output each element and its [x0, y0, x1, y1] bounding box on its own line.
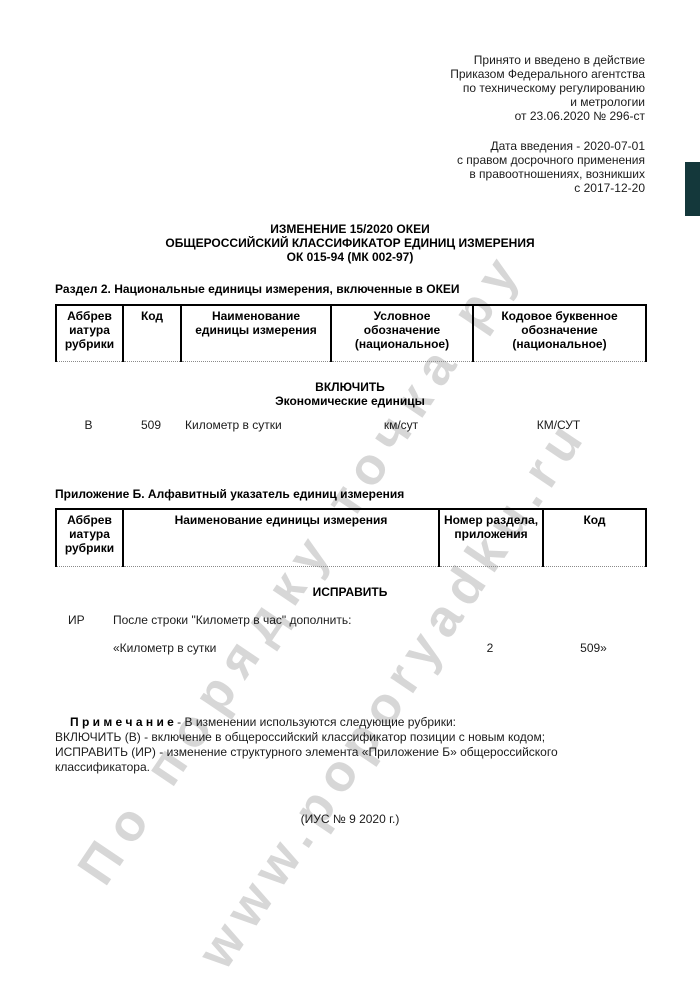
- note-first-line: П р и м е ч а н и е - В изменении исполь…: [55, 715, 645, 730]
- added-unit-section: 2: [438, 641, 542, 655]
- introduction-line-2: с правом досрочного применения: [55, 153, 645, 167]
- section-2-table: Аббрев иатура рубрики Код Наименование е…: [55, 304, 647, 362]
- col-header-unit-name: Наименование единицы измерения: [123, 509, 439, 567]
- row-code: 509: [122, 418, 180, 432]
- fix-instruction-row: ИРПосле строки "Километр в час" дополнит…: [55, 613, 645, 627]
- appendix-b-heading: Приложение Б. Алфавитный указатель едини…: [55, 487, 645, 501]
- group-label: Экономические единицы: [55, 394, 645, 408]
- document-content: Принято и введено в действие Приказом Фе…: [0, 53, 700, 826]
- fix-instruction: После строки "Километр в час" дополнить:: [113, 613, 351, 627]
- introduction-line-3: в правоотношениях, возникших: [55, 167, 645, 181]
- col-header-letter-code: Кодовое буквенное обозначение (националь…: [473, 305, 646, 361]
- col-header-code: Код: [543, 509, 646, 567]
- note-label: П р и м е ч а н и е: [70, 715, 174, 729]
- adoption-line-4: и метрологии: [55, 95, 645, 109]
- document-page: По порядку точка ру www.poporyadku.ru Пр…: [0, 0, 700, 990]
- added-unit-code: 509»: [542, 641, 645, 655]
- paragraph-gap: [55, 123, 645, 139]
- section-2-heading: Раздел 2. Национальные единицы измерения…: [55, 282, 645, 296]
- note-line-fix: ИСПРАВИТЬ (ИР) - изменение структурного …: [55, 745, 645, 760]
- note-block: П р и м е ч а н и е - В изменении исполь…: [55, 715, 645, 775]
- source-reference: (ИУС № 9 2020 г.): [55, 812, 645, 826]
- title-line-2: ОБЩЕРОССИЙСКИЙ КЛАССИФИКАТОР ЕДИНИЦ ИЗМЕ…: [55, 236, 645, 250]
- appendix-b-table-header-row: Аббрев иатура рубрики Наименование едини…: [56, 509, 646, 567]
- row-unit-name: Километр в сутки: [180, 418, 330, 432]
- adoption-line-2: Приказом Федерального агентства: [55, 67, 645, 81]
- include-label: ВКЛЮЧИТЬ: [55, 380, 645, 394]
- note-intro: - В изменении используются следующие руб…: [174, 715, 456, 729]
- col-header-symbol: Условное обозначение (национальное): [331, 305, 473, 361]
- document-title: ИЗМЕНЕНИЕ 15/2020 ОКЕИ ОБЩЕРОССИЙСКИЙ КЛ…: [55, 222, 645, 264]
- note-line-fix-cont: классификатора.: [55, 760, 645, 775]
- included-unit-row: В 509 Километр в сутки км/сут КМ/СУТ: [55, 418, 645, 432]
- introduction-line-4: с 2017-12-20: [55, 181, 645, 195]
- adoption-line-3: по техническому регулированию: [55, 81, 645, 95]
- col-header-rubric-abbrev: Аббрев иатура рубрики: [56, 305, 123, 361]
- page-edge-marker: [685, 162, 700, 216]
- title-line-3: ОК 015-94 (МК 002-97): [55, 250, 645, 264]
- introduction-line-1: Дата введения - 2020-07-01: [55, 139, 645, 153]
- row-symbol: км/сут: [330, 418, 472, 432]
- row-rubric: В: [55, 418, 122, 432]
- fix-label: ИСПРАВИТЬ: [55, 585, 645, 599]
- note-line-include: ВКЛЮЧИТЬ (В) - включение в общероссийски…: [55, 730, 645, 745]
- added-unit-name: «Километр в сутки: [113, 641, 216, 655]
- adoption-line-5: от 23.06.2020 № 296-ст: [55, 109, 645, 123]
- fix-rubric: ИР: [68, 613, 100, 627]
- added-unit-row: «Километр в сутки 2 509»: [55, 641, 645, 655]
- col-header-section-number: Номер раздела, приложения: [439, 509, 543, 567]
- row-letter-code: КМ/СУТ: [472, 418, 645, 432]
- col-header-unit-name: Наименование единицы измерения: [181, 305, 331, 361]
- appendix-b-table: Аббрев иатура рубрики Наименование едини…: [55, 508, 647, 568]
- col-header-code: Код: [123, 305, 181, 361]
- section-2-table-header-row: Аббрев иатура рубрики Код Наименование е…: [56, 305, 646, 361]
- title-line-1: ИЗМЕНЕНИЕ 15/2020 ОКЕИ: [55, 222, 645, 236]
- adoption-block: Принято и введено в действие Приказом Фе…: [55, 53, 645, 195]
- adoption-line-1: Принято и введено в действие: [55, 53, 645, 67]
- col-header-rubric-abbrev: Аббрев иатура рубрики: [56, 509, 123, 567]
